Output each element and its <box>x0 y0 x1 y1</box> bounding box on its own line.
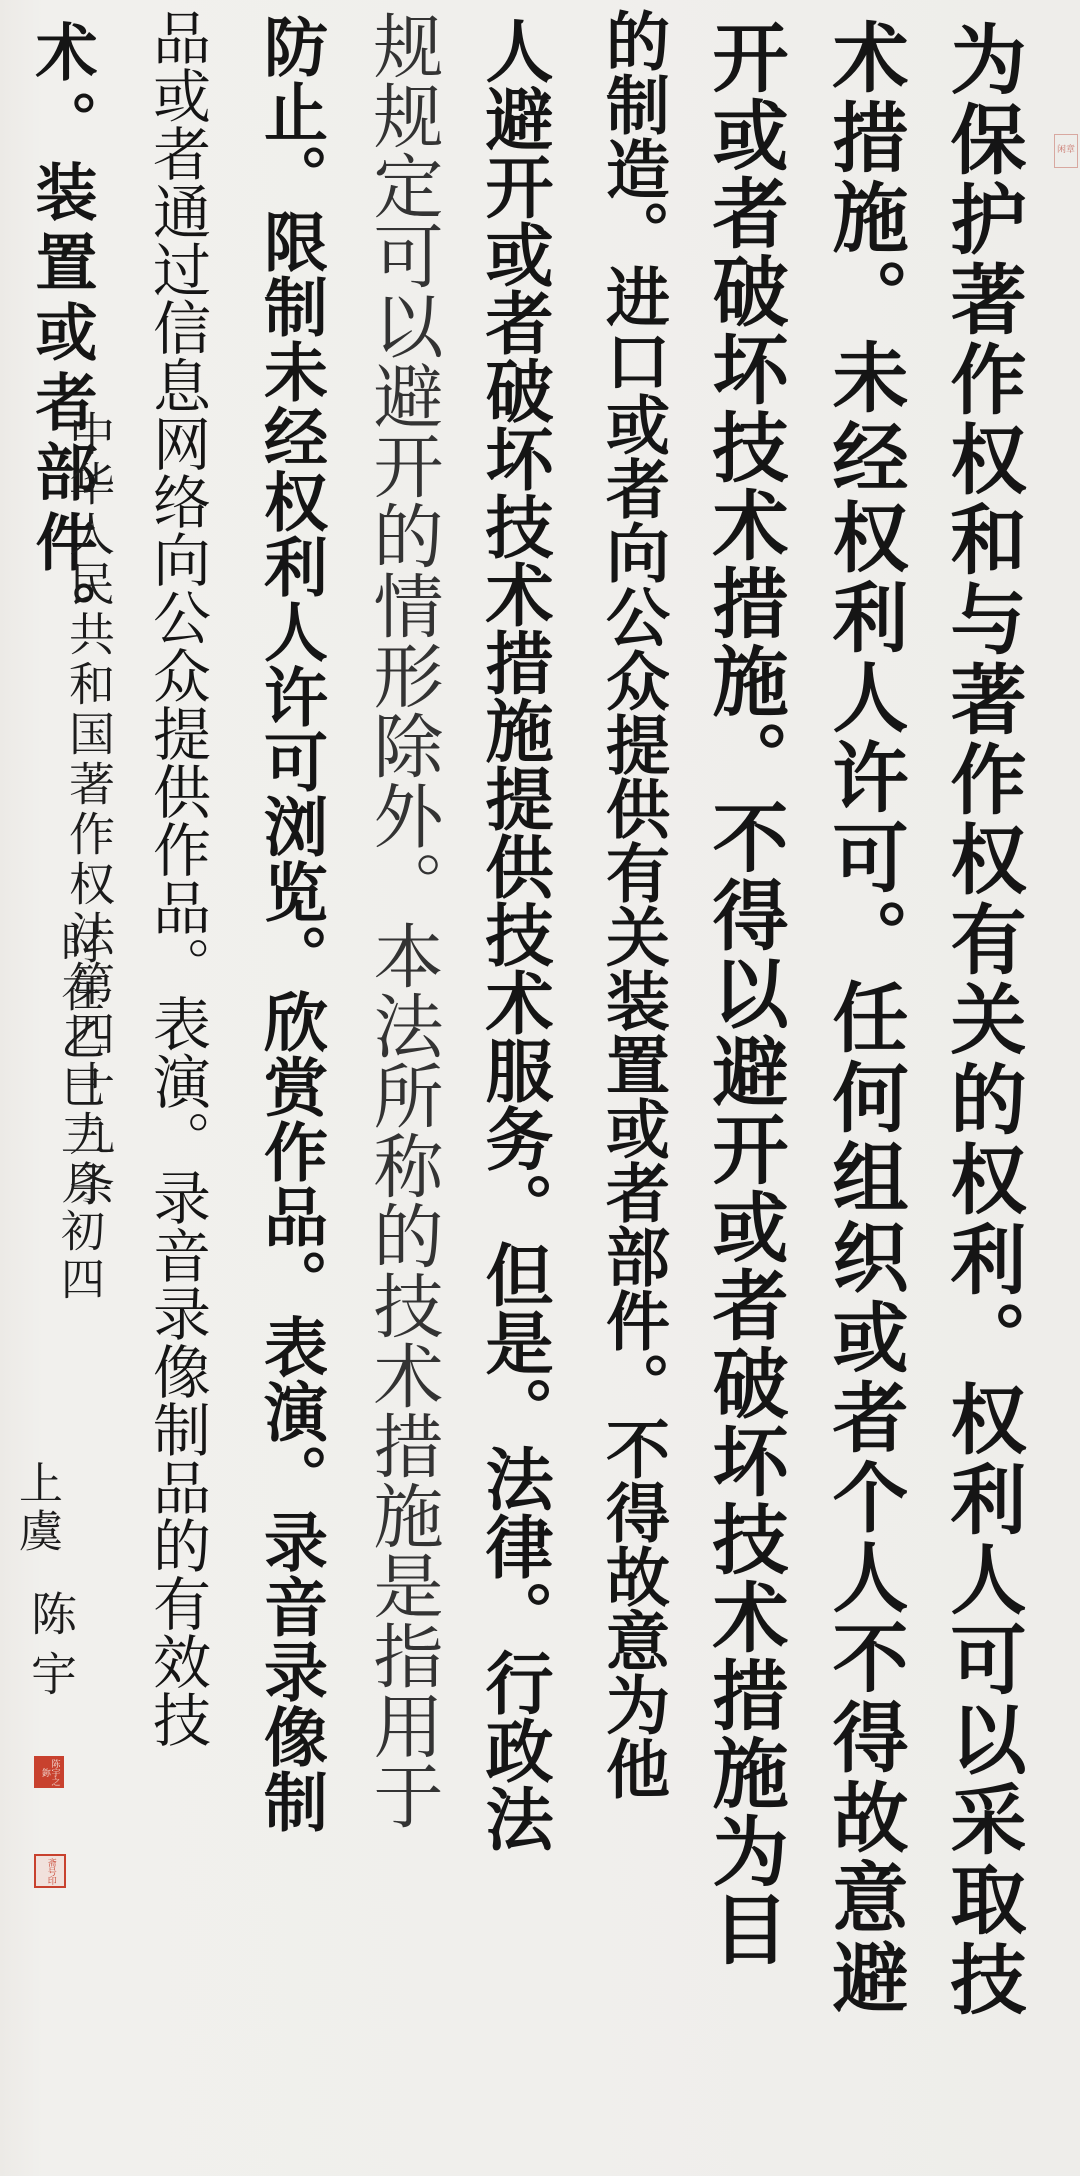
name-seal: 陈宇之鉨 <box>34 1756 64 1788</box>
text-column-8: 品或者通过信息网络向公众提供作品。表演。录音录像制品的有效技 <box>148 8 206 1748</box>
artist-signature: 陈宇 <box>28 1590 74 1710</box>
text-column-2: 术措施。未经权利人许可。任何组织或者个人不得故意避 <box>826 18 902 2018</box>
text-column-4: 的制造。进口或者向公众提供有关装置或者部件。不得故意为他 <box>600 8 664 1800</box>
text-column-1: 为保护著作权和与著作权有关的权利。权利人可以采取技 <box>944 20 1020 2020</box>
leading-seal: 闲章 <box>1054 134 1078 168</box>
calligraphy-scroll: 闲章 为保护著作权和与著作权有关的权利。权利人可以采取技 术措施。未经权利人许可… <box>0 0 1080 2176</box>
name-seal-text: 陈宇之鉨 <box>40 1756 59 1788</box>
text-column-3: 开或者破坏技术措施。不得以避开或者破坏技术措施为目 <box>706 18 782 1968</box>
studio-seal-text: 斋号印 <box>45 1858 54 1885</box>
text-column-5: 人避开或者破坏技术措施提供技术服务。但是。法律。行政法 <box>480 16 548 1852</box>
inscription-place: 上虞 <box>14 1460 58 1556</box>
text-column-6: 规规定可以避开的情形除外。本法所称的技术措施是指用于 <box>368 10 438 1830</box>
studio-seal: 斋号印 <box>34 1854 66 1888</box>
text-column-7: 防止。限制未经权利人许可浏览。欣赏作品。表演。录音录像制 <box>258 14 322 1834</box>
inscription-date: 时在乙巳三月初四 <box>56 920 100 1304</box>
leading-seal-text: 闲章 <box>1057 146 1075 155</box>
